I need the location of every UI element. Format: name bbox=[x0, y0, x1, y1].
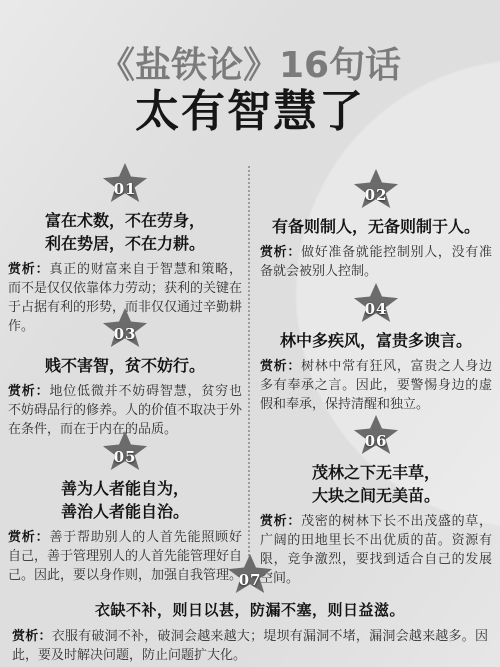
infographic-page: 《盐铁论》16句话 太有智慧了 01 富在术数，不在劳身， 利在势居，不在力耕。… bbox=[0, 0, 500, 667]
page-title-line1: 《盐铁论》16句话 bbox=[0, 44, 500, 87]
analysis-label: 赏析： bbox=[8, 262, 49, 277]
quote-text: 富在术数，不在劳身， 利在势居，不在力耕。 bbox=[8, 209, 242, 255]
quote-text: 茂林之下无丰草， 大块之间无美苗。 bbox=[260, 461, 492, 507]
analysis-text: 衣服有破洞不补，破洞会越来越大；堤坝有漏洞不堵，漏洞会越来越多。因此，要及时解决… bbox=[12, 629, 488, 663]
star-number: 07 bbox=[239, 562, 262, 589]
star-icon: 03 bbox=[102, 308, 148, 350]
quote-text: 有备则制人，无备则制于人。 bbox=[260, 215, 492, 238]
star-number: 05 bbox=[114, 439, 137, 466]
star-icon: 06 bbox=[353, 415, 399, 457]
section-03: 03 贱不害智，贫不妨行。 赏析：地位低微并不妨碍智慧，贫穷也不妨碍品行的修养。… bbox=[8, 308, 242, 440]
section-04: 04 林中多疾风，富贵多谀言。 赏析：树林中常有狂风，富贵之人身边多有奉承之言。… bbox=[260, 283, 492, 415]
analysis-label: 赏析： bbox=[260, 514, 301, 529]
star-icon: 04 bbox=[353, 283, 399, 325]
section-07: 07 衣缺不补，则日以甚，防漏不塞，则日益滋。 赏析：衣服有破洞不补，破洞会越来… bbox=[12, 554, 488, 666]
analysis-label: 赏析： bbox=[8, 530, 49, 545]
analysis-paragraph: 赏析：树林中常有狂风，富贵之人身边多有奉承之言。因此，要警惕身边的虚假和奉承，保… bbox=[260, 358, 492, 415]
section-02: 02 有备则制人，无备则制于人。 赏析：做好准备就能控制别人，没有准备就会被别人… bbox=[260, 169, 492, 282]
quote-text: 衣缺不补，则日以甚，防漏不塞，则日益滋。 bbox=[12, 600, 488, 622]
star-icon: 01 bbox=[102, 163, 148, 205]
analysis-label: 赏析： bbox=[8, 384, 49, 399]
star-number: 06 bbox=[365, 423, 388, 450]
quote-text: 林中多疾风，富贵多谀言。 bbox=[260, 329, 492, 352]
star-number: 02 bbox=[365, 177, 388, 204]
analysis-paragraph: 赏析：做好准备就能控制别人，没有准备就会被别人控制。 bbox=[260, 244, 492, 282]
star-number: 04 bbox=[365, 291, 388, 318]
quote-text: 贱不害智，贫不妨行。 bbox=[8, 354, 242, 377]
star-icon: 07 bbox=[227, 554, 273, 596]
column-divider bbox=[248, 166, 250, 556]
page-header: 《盐铁论》16句话 太有智慧了 bbox=[0, 44, 500, 135]
page-title-line2: 太有智慧了 bbox=[0, 89, 500, 135]
star-number: 01 bbox=[114, 171, 137, 198]
quote-text: 善为人者能自为， 善治人者能自治。 bbox=[8, 477, 242, 523]
analysis-paragraph: 赏析：衣服有破洞不补，破洞会越来越大；堤坝有漏洞不堵，漏洞会越来越多。因此，要及… bbox=[12, 628, 488, 666]
analysis-label: 赏析： bbox=[260, 359, 301, 374]
analysis-label: 赏析： bbox=[12, 629, 52, 644]
star-number: 03 bbox=[114, 316, 137, 343]
analysis-label: 赏析： bbox=[260, 245, 301, 260]
star-icon: 02 bbox=[353, 169, 399, 211]
star-icon: 05 bbox=[102, 431, 148, 473]
